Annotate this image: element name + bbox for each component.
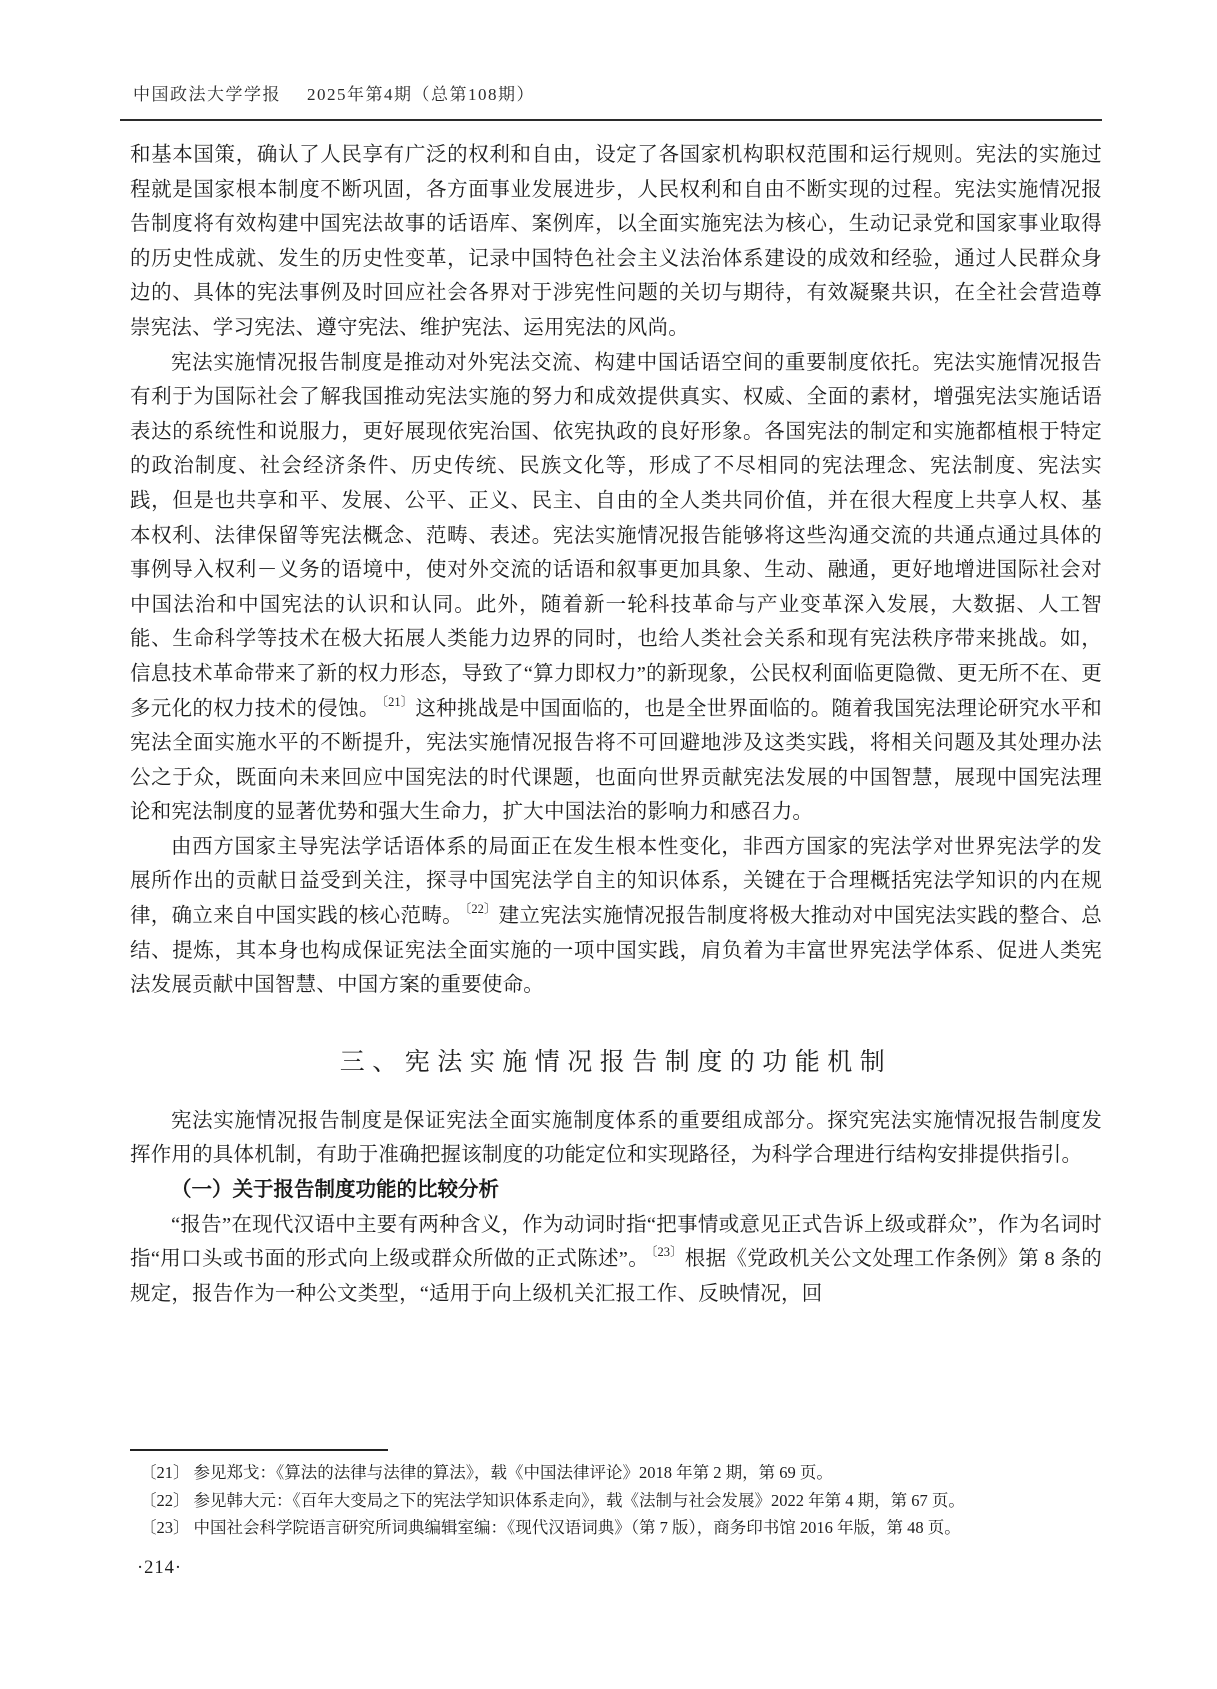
footnote-item: 〔23〕中国社会科学院语言研究所词典编辑室编：《现代汉语词典》（第 7 版），商…	[130, 1514, 1108, 1542]
footnote-marker: 〔21〕	[140, 1463, 190, 1482]
article-body: 和基本国策，确认了人民享有广泛的权利和自由，设定了各国家机构职权范围和运行规则。…	[130, 138, 1102, 1311]
paragraph-continuation: 和基本国策，确认了人民享有广泛的权利和自由，设定了各国家机构职权范围和运行规则。…	[130, 138, 1102, 346]
footnote-list: 〔21〕参见郑戈：《算法的法律与法律的算法》，载《中国法律评论》2018 年第 …	[130, 1459, 1108, 1542]
page-number: ·214·	[137, 1558, 182, 1579]
footnote-text: 参见韩大元：《百年大变局之下的宪法学知识体系走向》，载《法制与社会发展》2022…	[194, 1491, 965, 1510]
paragraph-text: 宪法实施情况报告制度是推动对外宪法交流、构建中国话语空间的重要制度依托。宪法实施…	[130, 352, 1102, 720]
header-rule	[120, 119, 1102, 121]
footnote-marker: 〔22〕	[140, 1491, 190, 1510]
footnote-ref-21: 〔21〕	[380, 695, 416, 709]
paragraph-section-intro: 宪法实施情况报告制度是保证宪法全面实施制度体系的重要组成部分。探究宪法实施情况报…	[130, 1104, 1102, 1173]
journal-issue: 2025年第4期（总第108期）	[307, 85, 535, 104]
footnote-ref-22: 〔22〕	[463, 902, 499, 916]
footnote-item: 〔21〕参见郑戈：《算法的法律与法律的算法》，载《中国法律评论》2018 年第 …	[130, 1459, 1108, 1487]
footnote-separator	[130, 1449, 388, 1451]
footnote-item: 〔22〕参见韩大元：《百年大变局之下的宪法学知识体系走向》，载《法制与社会发展》…	[130, 1487, 1108, 1515]
footnote-ref-23: 〔23〕	[649, 1245, 685, 1259]
paragraph-international-exchange: 宪法实施情况报告制度是推动对外宪法交流、构建中国话语空间的重要制度依托。宪法实施…	[130, 346, 1102, 830]
footnote-text: 参见郑戈：《算法的法律与法律的算法》，载《中国法律评论》2018 年第 2 期，…	[194, 1463, 833, 1482]
journal-title: 中国政法大学学报	[133, 85, 281, 104]
paragraph-report-definition: “报告”在现代汉语中主要有两种含义，作为动词时指“把事情或意见正式告诉上级或群众…	[130, 1208, 1102, 1312]
journal-header: 中国政法大学学报2025年第4期（总第108期）	[133, 80, 535, 105]
section-heading: 三、宪法实施情况报告制度的功能机制	[130, 1042, 1102, 1078]
subsection-heading: （一）关于报告制度功能的比较分析	[130, 1173, 1102, 1208]
footnote-marker: 〔23〕	[140, 1518, 190, 1537]
footnote-text: 中国社会科学院语言研究所词典编辑室编：《现代汉语词典》（第 7 版），商务印书馆…	[194, 1518, 961, 1537]
paragraph-discourse-system: 由西方国家主导宪法学话语体系的局面正在发生根本性变化，非西方国家的宪法学对世界宪…	[130, 830, 1102, 1003]
